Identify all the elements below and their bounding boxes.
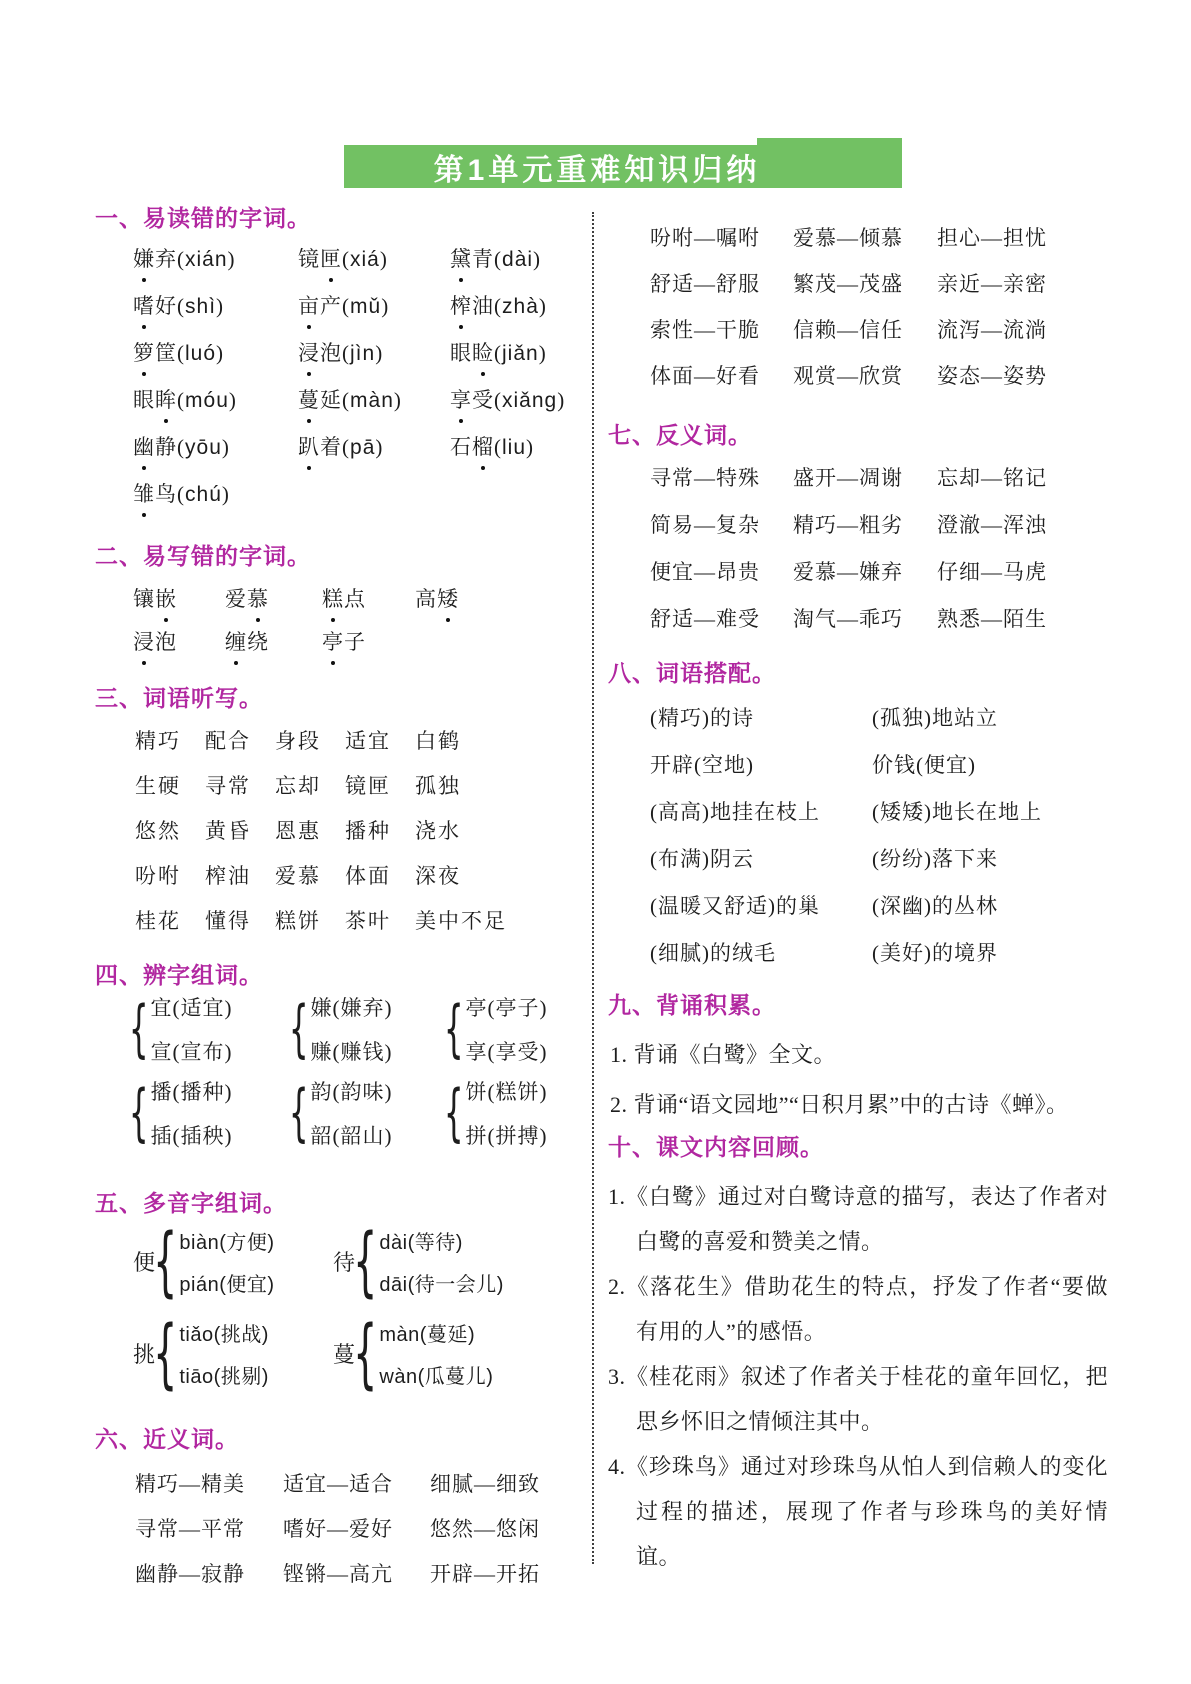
word-item: 镶嵌 [133, 587, 177, 611]
collocation-item: (精巧)的诗 [650, 702, 872, 749]
collocation-item: (孤独)地站立 [872, 702, 1108, 749]
word-item: 索性—干脆 [650, 314, 793, 360]
word-item: 懂得 [205, 905, 275, 950]
collocation-item: (美好)的境界 [872, 937, 1108, 984]
brace-lines: 宜(适宜)宣(宣布) [150, 992, 232, 1066]
word-item: 趴着(pā) [298, 431, 450, 478]
brace-icon: { [153, 1319, 177, 1387]
word-item: 悠然 [135, 815, 205, 860]
word-item: 箩筐(luó) [133, 341, 224, 365]
polyphone-group: 挑{tiǎo(挑战)tiāo(挑剔) [133, 1322, 333, 1384]
word-item: 镶嵌 [133, 583, 225, 626]
brace-line: 饼(糕饼) [465, 1076, 547, 1106]
word-item: 幽静(yōu) [133, 431, 298, 478]
polyphone-lines: dài(等待)dāi(待一会儿) [379, 1226, 504, 1297]
word-item: 爱慕—嫌弃 [793, 556, 937, 603]
recitation-list: 1. 背诵《白鹭》全文。2. 背诵“语文园地”“日积月累”中的古诗《蝉》。 [608, 1030, 1108, 1130]
word-item: 播种 [345, 815, 415, 860]
word-item: 享受(xiǎng) [450, 384, 583, 431]
section-heading-recitation: 九、背诵积累。 [608, 990, 1108, 1020]
brace-icon: { [353, 1227, 377, 1295]
word-item: 观赏—欣赏 [793, 360, 937, 406]
word-item: 体面—好看 [650, 360, 793, 406]
page-title: 第1单元重难知识归纳 [434, 145, 761, 189]
brace-group: {饼(糕饼)拼(拼搏) [446, 1084, 583, 1142]
word-item: 高矮 [415, 587, 459, 611]
word-item: 嫌弃(xián) [133, 247, 236, 271]
word-item: 糕点 [322, 583, 415, 626]
brace-icon: { [129, 1001, 149, 1057]
brace-group: {嫌(嫌弃)赚(赚钱) [291, 1000, 446, 1058]
section-heading-antonyms: 七、反义词。 [608, 420, 1108, 450]
polyphone-line: pián(便宜) [179, 1268, 274, 1297]
section-heading-dictation: 三、词语听写。 [95, 683, 583, 713]
word-item: 孤独 [415, 770, 583, 815]
brace-line: 播(播种) [150, 1076, 232, 1106]
word-item: 吩咐 [135, 860, 205, 905]
brace-line: 赚(赚钱) [310, 1036, 392, 1066]
column-divider [592, 212, 594, 1564]
word-item: 亩产(mǔ) [298, 290, 450, 337]
collocation-item: 价钱(便宜) [872, 749, 1108, 796]
section-heading-polyphones: 五、多音字组词。 [95, 1188, 583, 1218]
word-item: 恩惠 [275, 815, 345, 860]
word-item: 适宜—适合 [283, 1468, 430, 1513]
title-banner: 第1单元重难知识归纳 [344, 145, 902, 188]
section-heading-miswritten-words: 二、易写错的字词。 [95, 541, 583, 571]
section-heading-text-review: 十、课文内容回顾。 [608, 1132, 1108, 1162]
text-review-list: 1.《白鹭》通过对白鹭诗意的描写，表达了作者对白鹭的喜爱和赞美之情。2.《落花生… [608, 1174, 1108, 1579]
synonyms-continued-grid: 吩咐—嘱咐爱慕—倾慕担心—担忧舒适—舒服繁茂—茂盛亲近—亲密索性—干脆信赖—信任… [608, 222, 1108, 406]
dictation-words-grid: 精巧配合身段适宜白鹤生硬寻常忘却镜匣孤独悠然黄昏恩惠播种浇水吩咐榨油爱慕体面深夜… [95, 725, 583, 950]
word-item: 繁茂—茂盛 [793, 268, 937, 314]
polyphone-lines: tiǎo(挑战)tiāo(挑剔) [179, 1318, 269, 1389]
brace-icon: { [153, 1227, 177, 1295]
word-item: 嗜好(shì) [133, 290, 298, 337]
brace-lines: 韵(韵味)韶(韶山) [310, 1076, 392, 1150]
word-item: 黄昏 [205, 815, 275, 860]
word-item: 悠然—悠闲 [430, 1513, 583, 1558]
word-item: 忘却—铭记 [937, 462, 1108, 509]
word-item: 忘却 [275, 770, 345, 815]
word-item: 镜匣(xiá) [298, 243, 450, 290]
word-item: 舒适—舒服 [650, 268, 793, 314]
polyphone-group: 蔓{màn(蔓延)wàn(瓜蔓儿) [333, 1322, 583, 1384]
word-item: 浇水 [415, 815, 583, 860]
word-item: 黛青(dài) [450, 243, 583, 290]
collocation-item: (矮矮)地长在地上 [872, 796, 1108, 843]
brace-lines: 亭(亭子)享(享受) [465, 992, 547, 1066]
brace-icon: { [129, 1085, 149, 1141]
word-item: 雏鸟(chú) [133, 482, 230, 506]
word-item: 黛青(dài) [450, 247, 541, 271]
brace-line: 嫌(嫌弃) [310, 992, 392, 1022]
word-item: 配合 [205, 725, 275, 770]
word-item: 信赖—信任 [793, 314, 937, 360]
page: 第1单元重难知识归纳 一、易读错的字词。 嫌弃(xián)镜匣(xiá)黛青(d… [0, 0, 1191, 1684]
word-item: 嗜好(shì) [133, 294, 224, 318]
word-item: 适宜 [345, 725, 415, 770]
word-item: 箩筐(luó) [133, 337, 298, 384]
word-item: 嫌弃(xián) [133, 243, 298, 290]
word-item: 寻常—平常 [135, 1513, 283, 1558]
word-item: 浸泡(jìn) [298, 337, 450, 384]
word-item: 爱慕 [275, 860, 345, 905]
word-item: 亲近—亲密 [937, 268, 1108, 314]
word-item: 精巧 [135, 725, 205, 770]
brace-group: {亭(亭子)享(享受) [446, 1000, 583, 1058]
word-item: 镜匣 [345, 770, 415, 815]
word-item: 雏鸟(chú) [133, 478, 298, 525]
section-heading-synonyms: 六、近义词。 [95, 1424, 583, 1454]
word-item: 爱慕 [225, 587, 269, 611]
polyphone-line: màn(蔓延) [379, 1318, 493, 1347]
word-item: 眼眸(móu) [133, 388, 237, 412]
word-item: 幽静(yōu) [133, 435, 230, 459]
collocations-grid: (精巧)的诗(孤独)地站立开辟(空地)价钱(便宜)(高高)地挂在枝上(矮矮)地长… [608, 702, 1108, 984]
word-item: 眼睑(jiǎn) [450, 341, 547, 365]
brace-line: 亭(亭子) [465, 992, 547, 1022]
word-item: 亭子 [322, 630, 366, 654]
brace-lines: 饼(糕饼)拼(拼搏) [465, 1076, 547, 1150]
word-item: 姿态—姿势 [937, 360, 1108, 406]
word-item: 便宜—昂贵 [650, 556, 793, 603]
base-character: 待 [333, 1246, 355, 1277]
word-item: 白鹤 [415, 725, 583, 770]
word-item: 享受(xiǎng) [450, 388, 565, 412]
polyphone-group: 便{biàn(方便)pián(便宜) [133, 1230, 333, 1292]
distinguish-characters-groups: {宜(适宜)宣(宣布){嫌(嫌弃)赚(赚钱){亭(亭子)享(享受){播(播种)插… [95, 1000, 583, 1142]
word-item: 淘气—乖巧 [793, 603, 937, 650]
word-item: 蔓延(màn) [298, 384, 450, 431]
brace-group: {宜(适宜)宣(宣布) [131, 1000, 291, 1058]
polyphone-line: dài(等待) [379, 1226, 504, 1255]
word-item: 桂花 [135, 905, 205, 950]
polyphone-line: tiǎo(挑战) [179, 1318, 269, 1347]
word-item: 铿锵—高亢 [283, 1558, 430, 1603]
brace-line: 韶(韶山) [310, 1120, 392, 1150]
word-item: 熟悉—陌生 [937, 603, 1108, 650]
word-item: 深夜 [415, 860, 583, 905]
word-item: 盛开—凋谢 [793, 462, 937, 509]
word-item: 精巧—粗劣 [793, 509, 937, 556]
word-item: 缠绕 [225, 626, 322, 669]
brace-group: {韵(韵味)韶(韶山) [291, 1084, 446, 1142]
brace-line: 宜(适宜) [150, 992, 232, 1022]
brace-icon: { [353, 1319, 377, 1387]
brace-icon: { [444, 1001, 464, 1057]
word-item: 缠绕 [225, 630, 269, 654]
word-item: 糕点 [322, 587, 366, 611]
polyphone-line: tiāo(挑剔) [179, 1360, 269, 1389]
word-item: 爱慕—倾慕 [793, 222, 937, 268]
word-item: 生硬 [135, 770, 205, 815]
word-item: 身段 [275, 725, 345, 770]
word-item: 细腻—细致 [430, 1468, 583, 1513]
recitation-item: 2. 背诵“语文园地”“日积月累”中的古诗《蝉》。 [610, 1080, 1108, 1130]
section-heading-collocations: 八、词语搭配。 [608, 658, 1108, 688]
base-character: 蔓 [333, 1338, 355, 1369]
word-item: 简易—复杂 [650, 509, 793, 556]
collocation-item: (深幽)的丛林 [872, 890, 1108, 937]
brace-group: {播(播种)插(插秧) [131, 1084, 291, 1142]
word-item: 高矮 [415, 583, 583, 626]
polyphone-lines: biàn(方便)pián(便宜) [179, 1226, 274, 1297]
section-heading-distinguish-characters: 四、辨字组词。 [95, 960, 583, 990]
word-item: 美中不足 [415, 905, 583, 950]
word-item: 吩咐—嘱咐 [650, 222, 793, 268]
polyphone-line: dāi(待一会儿) [379, 1268, 504, 1297]
collocation-item: (高高)地挂在枝上 [650, 796, 872, 843]
word-item: 精巧—精美 [135, 1468, 283, 1513]
brace-row: {播(播种)插(插秧){韵(韵味)韶(韶山){饼(糕饼)拼(拼搏) [131, 1084, 583, 1142]
collocation-item: (温暖又舒适)的巢 [650, 890, 872, 937]
word-item: 亭子 [322, 626, 415, 669]
word-item: 浸泡 [133, 630, 177, 654]
brace-icon: { [289, 1085, 309, 1141]
collocation-item: 开辟(空地) [650, 749, 872, 796]
word-item: 幽静—寂静 [135, 1558, 283, 1603]
word-item: 茶叶 [345, 905, 415, 950]
miswritten-words-grid: 镶嵌爱慕糕点高矮浸泡缠绕亭子 [95, 583, 583, 669]
word-item: 榨油 [205, 860, 275, 905]
word-item: 榨油(zhà) [450, 290, 583, 337]
word-item: 眼睑(jiǎn) [450, 337, 583, 384]
word-item: 榨油(zhà) [450, 294, 547, 318]
right-column: 吩咐—嘱咐爱慕—倾慕担心—担忧舒适—舒服繁茂—茂盛亲近—亲密索性—干脆信赖—信任… [608, 210, 1108, 1579]
word-item: 浸泡(jìn) [298, 341, 383, 365]
brace-line: 宣(宣布) [150, 1036, 232, 1066]
brace-line: 享(享受) [465, 1036, 547, 1066]
brace-lines: 播(播种)插(插秧) [150, 1076, 232, 1150]
word-item: 趴着(pā) [298, 435, 383, 459]
brace-icon: { [289, 1001, 309, 1057]
word-item: 嗜好—爱好 [283, 1513, 430, 1558]
left-column: 一、易读错的字词。 嫌弃(xián)镜匣(xiá)黛青(dài)嗜好(shì)亩… [95, 203, 583, 1603]
word-item: 流泻—流淌 [937, 314, 1108, 360]
misread-words-grid: 嫌弃(xián)镜匣(xiá)黛青(dài)嗜好(shì)亩产(mǔ)榨油(zh… [95, 243, 583, 525]
review-paragraph: 2.《落花生》借助花生的特点，抒发了作者“要做有用的人”的感悟。 [608, 1264, 1108, 1354]
brace-lines: 嫌(嫌弃)赚(赚钱) [310, 992, 392, 1066]
word-item: 石榴(liu) [450, 431, 583, 478]
word-item: 蔓延(màn) [298, 388, 402, 412]
recitation-item: 1. 背诵《白鹭》全文。 [610, 1030, 1108, 1080]
word-item: 亩产(mǔ) [298, 294, 389, 318]
polyphone-line: biàn(方便) [179, 1226, 274, 1255]
base-character: 便 [133, 1246, 155, 1277]
collocation-item: (细腻)的绒毛 [650, 937, 872, 984]
synonyms-grid: 精巧—精美适宜—适合细腻—细致寻常—平常嗜好—爱好悠然—悠闲幽静—寂静铿锵—高亢… [95, 1468, 583, 1603]
antonyms-grid: 寻常—特殊盛开—凋谢忘却—铭记简易—复杂精巧—粗劣澄澈—浑浊便宜—昂贵爱慕—嫌弃… [608, 462, 1108, 650]
polyphone-group: 待{dài(等待)dāi(待一会儿) [333, 1230, 583, 1292]
brace-line: 插(插秧) [150, 1120, 232, 1150]
word-item: 爱慕 [225, 583, 322, 626]
collocation-item: (纷纷)落下来 [872, 843, 1108, 890]
collocation-item: (布满)阴云 [650, 843, 872, 890]
brace-icon: { [444, 1085, 464, 1141]
polyphone-line: wàn(瓜蔓儿) [379, 1360, 493, 1389]
word-item: 仔细—马虎 [937, 556, 1108, 603]
brace-line: 拼(拼搏) [465, 1120, 547, 1150]
section-heading-misread-words: 一、易读错的字词。 [95, 203, 583, 233]
word-item: 舒适—难受 [650, 603, 793, 650]
word-item: 寻常 [205, 770, 275, 815]
polyphone-lines: màn(蔓延)wàn(瓜蔓儿) [379, 1318, 493, 1389]
word-item: 眼眸(móu) [133, 384, 298, 431]
word-item: 开辟—开拓 [430, 1558, 583, 1603]
word-item: 澄澈—浑浊 [937, 509, 1108, 556]
brace-row: {宜(适宜)宣(宣布){嫌(嫌弃)赚(赚钱){亭(亭子)享(享受) [131, 1000, 583, 1058]
word-item: 体面 [345, 860, 415, 905]
review-paragraph: 3.《桂花雨》叙述了作者关于桂花的童年回忆，把思乡怀旧之情倾注其中。 [608, 1354, 1108, 1444]
brace-line: 韵(韵味) [310, 1076, 392, 1106]
word-item: 浸泡 [133, 626, 225, 669]
word-item: 担心—担忧 [937, 222, 1108, 268]
review-paragraph: 4.《珍珠鸟》通过对珍珠鸟从怕人到信赖人的变化过程的描述，展现了作者与珍珠鸟的美… [608, 1444, 1108, 1579]
word-item: 寻常—特殊 [650, 462, 793, 509]
word-item: 糕饼 [275, 905, 345, 950]
word-item: 石榴(liu) [450, 435, 534, 459]
polyphone-groups-grid: 便{biàn(方便)pián(便宜)待{dài(等待)dāi(待一会儿)挑{ti… [95, 1230, 583, 1384]
word-item: 镜匣(xiá) [298, 247, 388, 271]
base-character: 挑 [133, 1338, 155, 1369]
review-paragraph: 1.《白鹭》通过对白鹭诗意的描写，表达了作者对白鹭的喜爱和赞美之情。 [608, 1174, 1108, 1264]
